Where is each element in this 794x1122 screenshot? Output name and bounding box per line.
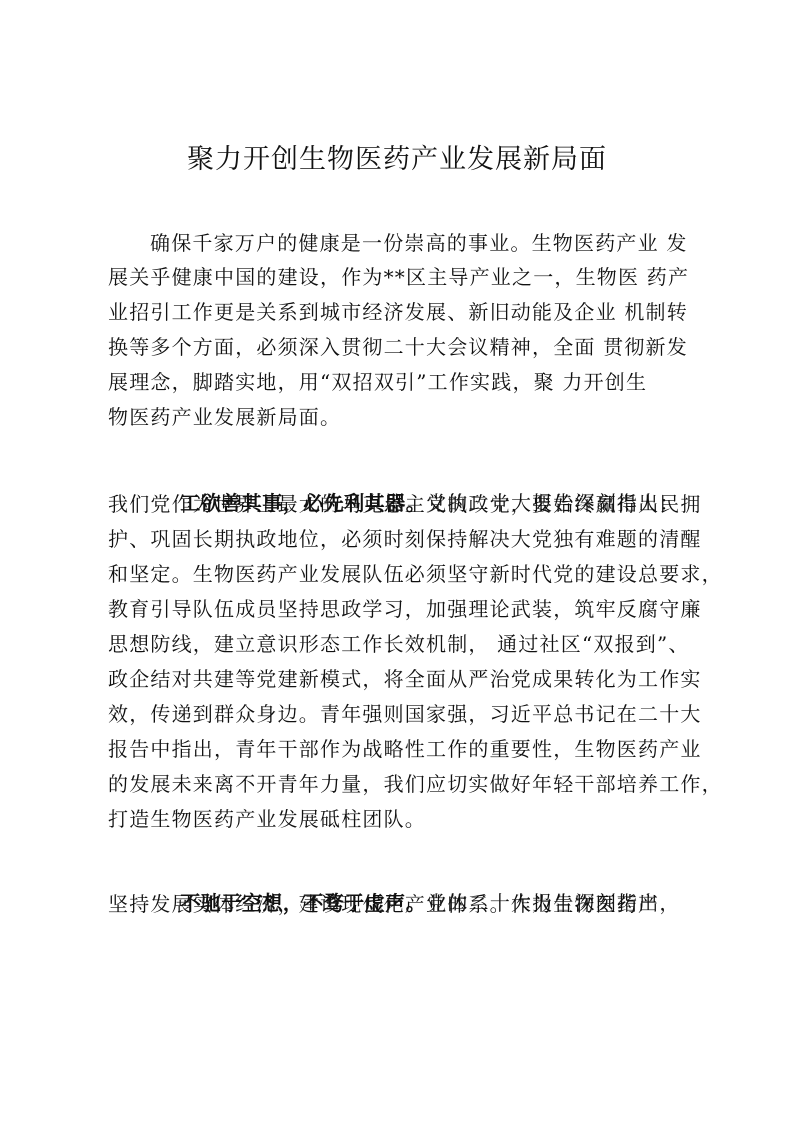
paragraph-3-line-2: 坚持发展实体经济，建设现代化产业体系。作为生物医药产 bbox=[108, 887, 718, 921]
paragraph-2-line-11: 打造生物医药产业发展砥柱团队。 bbox=[108, 802, 718, 836]
paragraph-1-line-5: 展理念，脚踏实地，用“双招双引”工作实践，聚 力开创生 bbox=[108, 365, 718, 399]
paragraph-1-line-6: 物医药产业发展新局面。 bbox=[108, 400, 718, 434]
paragraph-1-line-2: 展关乎健康中国的建设，作为**区主导产业之一，生物医 药产 bbox=[108, 260, 718, 294]
paragraph-2-line-2: 我们党作为世界上最大的马克思主义执政党，要始终赢得人民拥 bbox=[108, 487, 718, 521]
paragraph-3-line-1: 不驰于空想，不骛于虚声。党的二十大报告深刻指出， bbox=[150, 852, 760, 886]
paragraph-1-line-3: 业招引工作更是关系到城市经济发展、新旧动能及企业 机制转 bbox=[108, 295, 718, 329]
paragraph-2-line-4: 和坚定。生物医药产业发展队伍必须坚守新时代党的建设总要求， bbox=[108, 557, 718, 591]
paragraph-2-line-7: 政企结对共建等党建新模式，将全面从严治党成果转化为工作实 bbox=[108, 662, 718, 696]
paragraph-2-line-1: 工欲善其事，必先利其器。党的二十大报告深刻指出： bbox=[150, 452, 760, 486]
paragraph-2-line-6: 思想防线，建立意识形态工作长效机制， 通过社区“双报到”、 bbox=[108, 627, 718, 661]
paragraph-1-line-4: 换等多个方面，必须深入贯彻二十大会议精神，全面 贯彻新发 bbox=[108, 330, 718, 364]
paragraph-2-line-3: 护、巩固长期执政地位，必须时刻保持解决大党独有难题的清醒 bbox=[108, 522, 718, 556]
document-page: 聚力开创生物医药产业发展新局面 确保千家万户的健康是一份崇高的事业。生物医药产业… bbox=[0, 0, 794, 1122]
paragraph-2-line-9: 报告中指出，青年干部作为战略性工作的重要性，生物医药产业 bbox=[108, 732, 718, 766]
paragraph-2-line-8: 效，传递到群众身边。青年强则国家强，习近平总书记在二十大 bbox=[108, 697, 718, 731]
document-title: 聚力开创生物医药产业发展新局面 bbox=[0, 142, 794, 178]
paragraph-2-line-5: 教育引导队伍成员坚持思政学习，加强理论武装，筑牢反腐守廉 bbox=[108, 592, 718, 626]
paragraph-1-line-1: 确保千家万户的健康是一份崇高的事业。生物医药产业 发 bbox=[150, 226, 760, 260]
paragraph-2-line-10: 的发展未来离不开青年力量，我们应切实做好年轻干部培养工作， bbox=[108, 767, 718, 801]
